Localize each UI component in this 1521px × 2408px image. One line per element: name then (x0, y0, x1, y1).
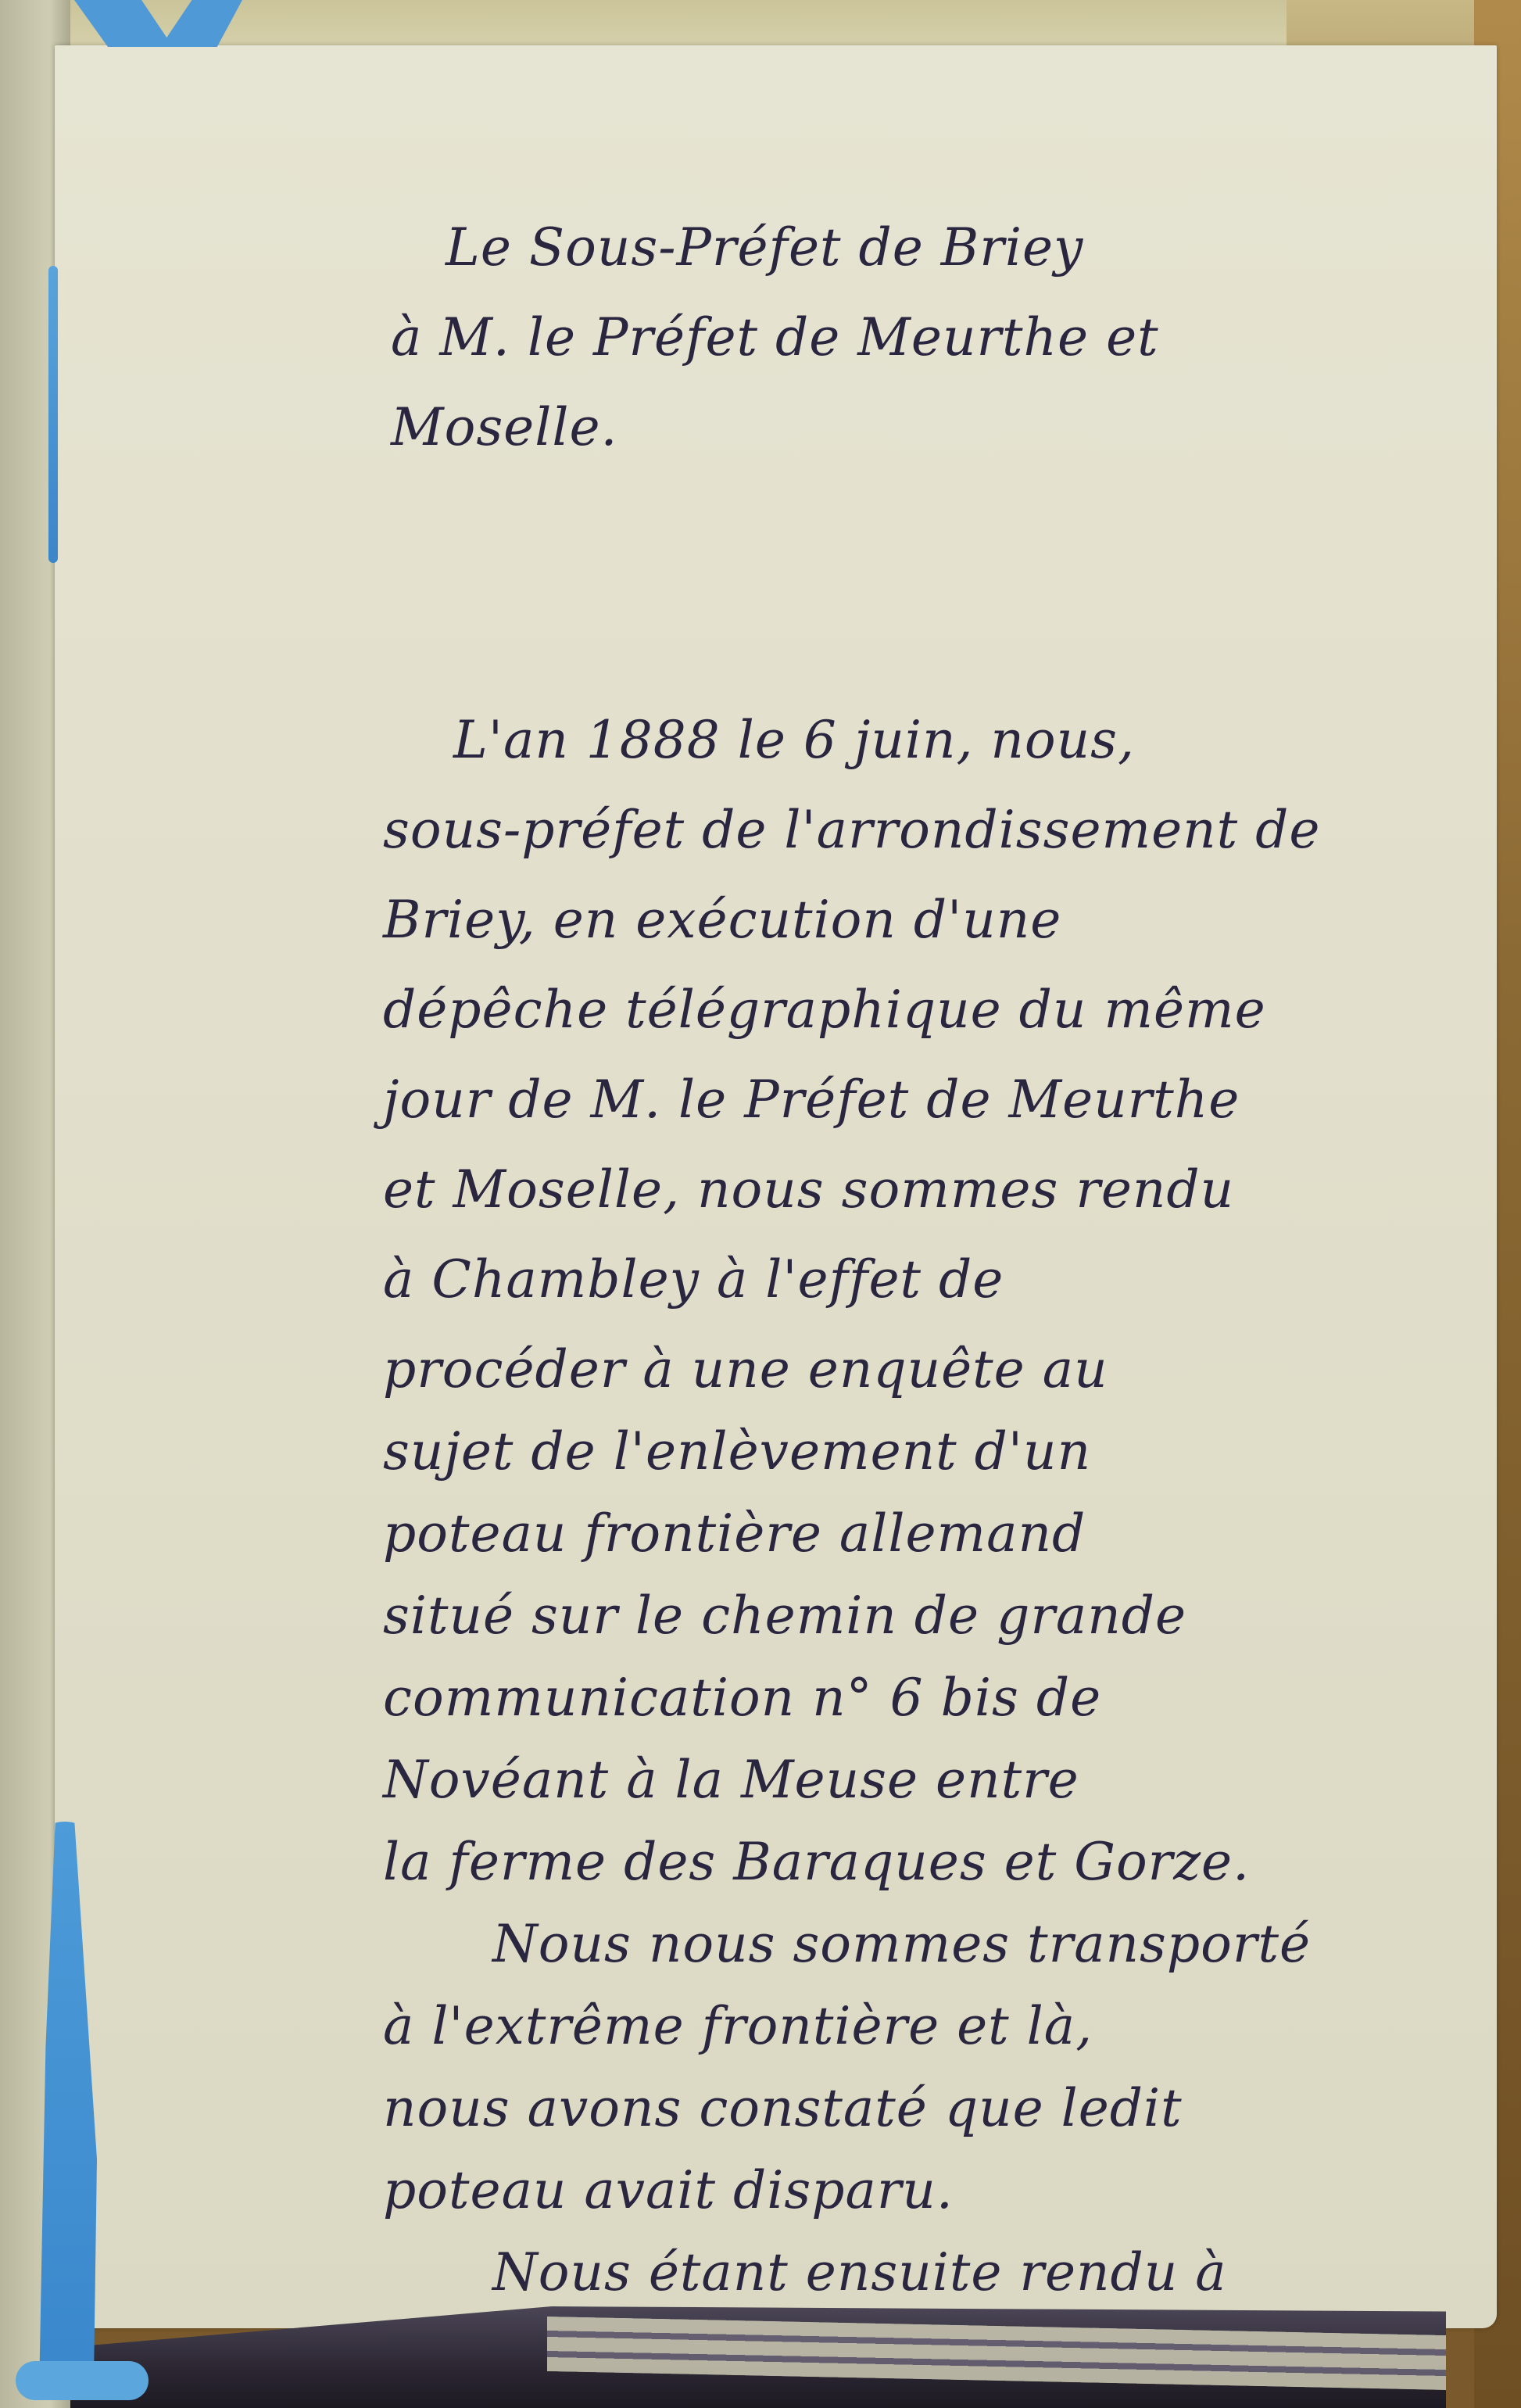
heading-line: à M. le Préfet de Meurthe et (391, 307, 1159, 367)
heading-line: Moselle. (391, 397, 618, 457)
blue-ribbon-knot (16, 2361, 149, 2400)
body-line: poteau avait disparu. (383, 2160, 954, 2220)
body-line: nous avons constaté que ledit (383, 2078, 1183, 2138)
manuscript-page: Le Sous-Préfet de Briey à M. le Préfet d… (55, 45, 1497, 2328)
body-line: sujet de l'enlèvement d'un (383, 1421, 1091, 1482)
body-line: jour de M. le Préfet de Meurthe (383, 1070, 1240, 1130)
blue-ribbon-binding (48, 266, 58, 563)
heading-line: Le Sous-Préfet de Briey (446, 217, 1083, 278)
body-line: L'an 1888 le 6 juin, nous, (453, 710, 1135, 770)
body-line: Briey, en exécution d'une (383, 890, 1061, 950)
body-line: à l'extrême frontière et là, (383, 1996, 1093, 2056)
body-line: à Chambley à l'effet de (383, 1249, 1004, 1310)
body-line: poteau frontière allemand (383, 1503, 1086, 1564)
body-line: procéder à une enquête au (383, 1339, 1108, 1399)
body-line: Nous nous sommes transporté (492, 1914, 1311, 1974)
body-line: Nous étant ensuite rendu à (492, 2242, 1227, 2302)
body-line: Novéant à la Meuse entre (383, 1750, 1079, 1810)
body-line: communication n° 6 bis de (383, 1668, 1101, 1728)
body-line: la ferme des Baraques et Gorze. (383, 1832, 1250, 1892)
body-line: situé sur le chemin de grande (383, 1586, 1186, 1646)
body-line: sous-préfet de l'arrondissement de (383, 800, 1320, 860)
body-line: dépêche télégraphique du même (383, 980, 1266, 1040)
body-line: et Moselle, nous sommes rendu (383, 1159, 1234, 1220)
